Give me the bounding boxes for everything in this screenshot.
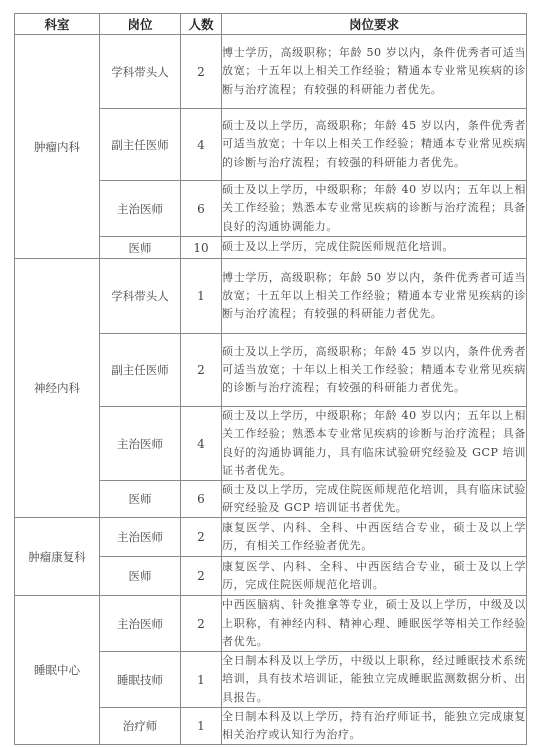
- position-cell: 副主任医师: [100, 334, 181, 407]
- job-requirements-table: 科室 岗位 人数 岗位要求 肿瘤内科学科带头人2博士学历，高级职称；年龄 50 …: [14, 13, 527, 745]
- requirement-cell: 中西医脑病、针灸推拿等专业，硕士及以上学历，中级及以上职称，有神经内科、精神心理…: [222, 596, 527, 652]
- department-cell: 睡眠中心: [15, 596, 100, 745]
- count-cell: 2: [181, 596, 222, 652]
- requirement-cell: 硕士及以上学历，高级职称；年龄 45 岁以内，条件优秀者可适当放宽；十年以上相关…: [222, 334, 527, 407]
- requirement-cell: 硕士及以上学历，中级职称；年龄 40 岁以内；五年以上相关工作经验；熟悉本专业常…: [222, 181, 527, 237]
- position-cell: 主治医师: [100, 596, 181, 652]
- table-body: 肿瘤内科学科带头人2博士学历，高级职称；年龄 50 岁以内，条件优秀者可适当放宽…: [15, 35, 527, 745]
- count-cell: 4: [181, 109, 222, 181]
- requirement-cell: 全日制本科及以上学历，中级以上职称，经过睡眠技术系统培训，具有技术培训证，能独立…: [222, 652, 527, 708]
- position-cell: 睡眠技师: [100, 652, 181, 708]
- requirement-cell: 博士学历，高级职称；年龄 50 岁以内，条件优秀者可适当放宽；十五年以上相关工作…: [222, 259, 527, 334]
- count-cell: 2: [181, 334, 222, 407]
- count-cell: 2: [181, 557, 222, 596]
- header-requirement: 岗位要求: [222, 14, 527, 35]
- requirement-cell: 康复医学、内科、全科、中西医结合专业，硕士及以上学历，有相关工作经验者优先。: [222, 518, 527, 557]
- count-cell: 4: [181, 407, 222, 481]
- requirement-cell: 博士学历，高级职称；年龄 50 岁以内，条件优秀者可适当放宽；十五年以上相关工作…: [222, 35, 527, 109]
- count-cell: 10: [181, 237, 222, 259]
- count-cell: 2: [181, 518, 222, 557]
- table-row: 神经内科学科带头人1博士学历，高级职称；年龄 50 岁以内，条件优秀者可适当放宽…: [15, 259, 527, 334]
- department-cell: 肿瘤康复科: [15, 518, 100, 596]
- count-cell: 6: [181, 481, 222, 518]
- requirement-cell: 硕士及以上学历，完成住院医师规范化培训。: [222, 237, 527, 259]
- table-row: 肿瘤康复科主治医师2康复医学、内科、全科、中西医结合专业，硕士及以上学历，有相关…: [15, 518, 527, 557]
- header-row: 科室 岗位 人数 岗位要求: [15, 14, 527, 35]
- position-cell: 副主任医师: [100, 109, 181, 181]
- header-position: 岗位: [100, 14, 181, 35]
- count-cell: 2: [181, 35, 222, 109]
- position-cell: 学科带头人: [100, 259, 181, 334]
- department-cell: 肿瘤内科: [15, 35, 100, 259]
- requirement-cell: 硕士及以上学历，完成住院医师规范化培训，具有临床试验研究经验及 GCP 培训证书…: [222, 481, 527, 518]
- count-cell: 1: [181, 259, 222, 334]
- header-department: 科室: [15, 14, 100, 35]
- count-cell: 1: [181, 652, 222, 708]
- position-cell: 学科带头人: [100, 35, 181, 109]
- position-cell: 医师: [100, 557, 181, 596]
- position-cell: 治疗师: [100, 708, 181, 745]
- header-count: 人数: [181, 14, 222, 35]
- department-cell: 神经内科: [15, 259, 100, 518]
- count-cell: 1: [181, 708, 222, 745]
- count-cell: 6: [181, 181, 222, 237]
- position-cell: 医师: [100, 237, 181, 259]
- table-row: 睡眠中心主治医师2中西医脑病、针灸推拿等专业，硕士及以上学历，中级及以上职称，有…: [15, 596, 527, 652]
- position-cell: 主治医师: [100, 518, 181, 557]
- table-row: 肿瘤内科学科带头人2博士学历，高级职称；年龄 50 岁以内，条件优秀者可适当放宽…: [15, 35, 527, 109]
- requirement-cell: 硕士及以上学历，中级职称；年龄 40 岁以内；五年以上相关工作经验；熟悉本专业常…: [222, 407, 527, 481]
- requirement-cell: 全日制本科及以上学历，持有治疗师证书，能独立完成康复相关治疗或认知行为治疗。: [222, 708, 527, 745]
- position-cell: 主治医师: [100, 181, 181, 237]
- position-cell: 主治医师: [100, 407, 181, 481]
- position-cell: 医师: [100, 481, 181, 518]
- requirement-cell: 硕士及以上学历，高级职称；年龄 45 岁以内，条件优秀者可适当放宽；十年以上相关…: [222, 109, 527, 181]
- requirement-cell: 康复医学、内科、全科、中西医结合专业，硕士及以上学历，完成住院医师规范化培训。: [222, 557, 527, 596]
